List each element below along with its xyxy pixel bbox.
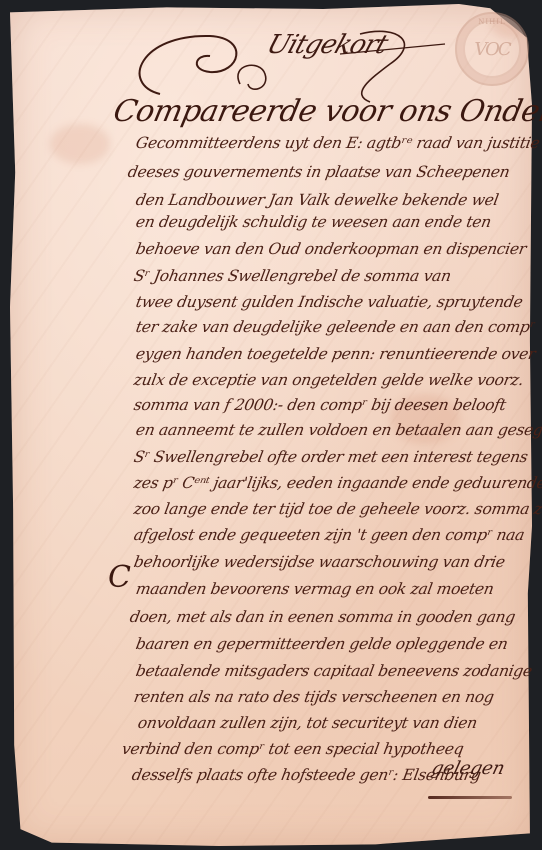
manuscript-line: en deugdelijk schuldig te weesen aan end… [134,213,492,231]
manuscript-line: en aanneemt te zullen voldoen en betaale… [134,421,542,439]
manuscript-line: behoeve van den Oud onderkoopman en disp… [134,240,527,258]
manuscript-body: Gecommitteerdens uyt den E: agtbʳᵉ raad … [0,0,542,850]
manuscript-line: afgelost ende gequeeten zijn 't geen den… [132,526,525,544]
manuscript-line: zes pʳ Cᵉⁿᵗ jaar'lijks, eeden ingaande e… [132,474,542,492]
document-scan: NIHIL VOC Uitgekort Compareerde voor ons… [0,0,542,850]
closing-word: gelegen [429,758,507,779]
manuscript-line: maanden bevoorens vermag en ook zal moet… [134,580,495,598]
manuscript-line: zoo lange ende ter tijd toe de geheele v… [132,500,542,518]
manuscript-line: somma van f 2000:- den compʳ bij deesen … [132,396,507,414]
manuscript-line: doen, met als dan in eenen somma in good… [128,608,516,626]
manuscript-line: verbind den compʳ tot een special hypoth… [120,740,465,758]
manuscript-line: onvoldaan zullen zijn, tot securiteyt va… [136,714,478,732]
manuscript-line: baaren en gepermitteerden gelde opleggen… [134,635,509,653]
manuscript-line: renten als na rato des tijds verscheenen… [132,688,495,706]
manuscript-line: eygen handen toegetelde penn: renuntieer… [134,345,536,363]
closing-underline [428,796,512,799]
manuscript-line: deeses gouvernements in plaatse van Sche… [126,163,511,181]
manuscript-line: den Landbouwer Jan Valk dewelke bekende … [134,191,499,209]
manuscript-line: zulx de exceptie van ongetelden gelde we… [132,371,525,389]
manuscript-line: twee duysent gulden Indische valuatie, s… [134,293,524,311]
manuscript-line: Sʳ Johannes Swellengrebel de somma van [132,267,452,285]
manuscript-line: Gecommitteerdens uyt den E: agtbʳᵉ raad … [134,134,541,152]
manuscript-line: betaalende mitsgaders capitaal beneevens… [134,662,533,680]
manuscript-line: ter zake van deugdelijke geleende en aan… [134,318,536,336]
manuscript-line: behoorlijke wedersijdse waarschouwing va… [132,553,506,571]
manuscript-line: Sʳ Swellengrebel ofte order met een inte… [132,448,529,466]
